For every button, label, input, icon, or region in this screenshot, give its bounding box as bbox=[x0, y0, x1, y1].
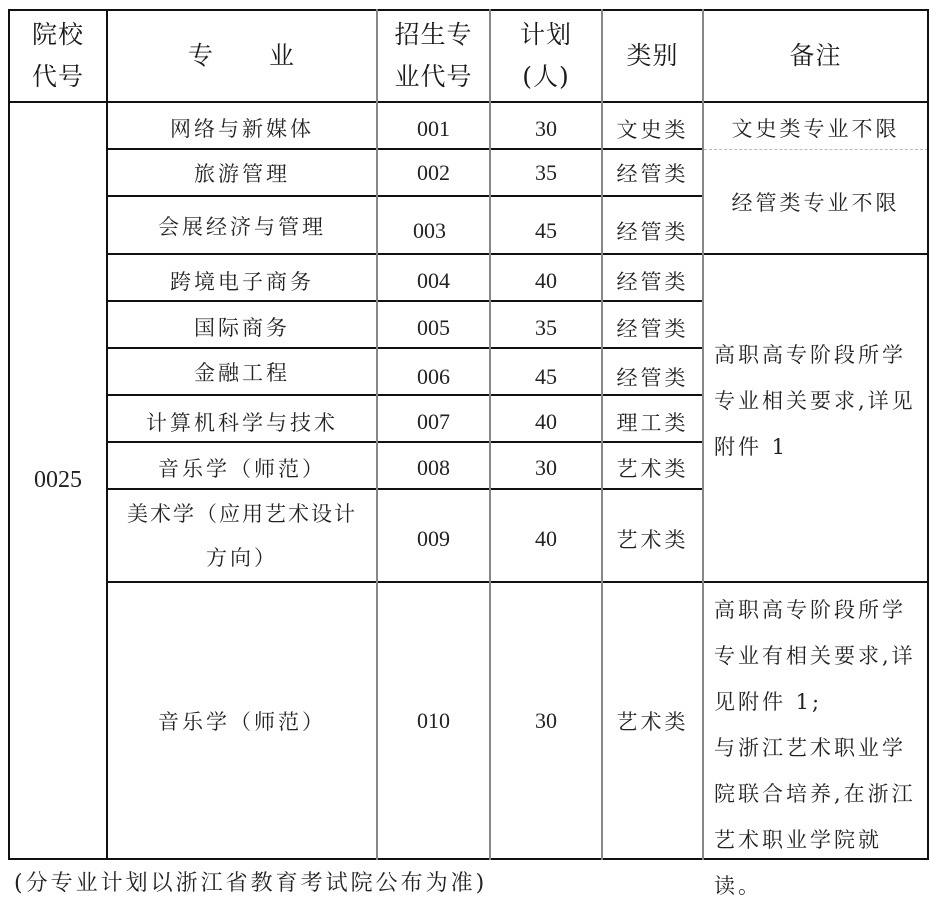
remarks-4-line2: 专业有相关要求,详 bbox=[714, 633, 926, 679]
header-major-code: 招生专 业代号 bbox=[378, 11, 489, 101]
row-6-plan: 45 bbox=[491, 349, 601, 394]
header-major-code-line2: 业代号 bbox=[394, 56, 472, 98]
footer-note: (分专业计划以浙江省教育考试院公布为准) bbox=[14, 866, 487, 897]
row-4-code: 004 bbox=[378, 255, 489, 300]
row-9-plan: 40 bbox=[491, 490, 601, 581]
row-5-code: 005 bbox=[378, 302, 489, 347]
row-7-plan: 40 bbox=[491, 396, 601, 441]
remarks-3-line3: 附件 1 bbox=[714, 424, 926, 470]
school-code-value: 0025 bbox=[34, 467, 82, 494]
row-10-major: 音乐学（师范） bbox=[108, 583, 376, 858]
header-remarks: 备注 bbox=[704, 11, 927, 101]
enrollment-plan-page: 院校 代号 专 业 招生专 业代号 计划 (人) 类别 备注 0025 网络与新… bbox=[0, 0, 942, 903]
remarks-4: 高职高专阶段所学 专业有相关要求,详 见附件 1; 与浙江艺术职业学 院联合培养… bbox=[714, 587, 926, 903]
header-major-label: 专 业 bbox=[188, 35, 296, 77]
header-category-label: 类别 bbox=[626, 35, 678, 77]
remarks-4-line1: 高职高专阶段所学 bbox=[714, 587, 926, 633]
row-6-major: 金融工程 bbox=[108, 349, 376, 394]
remarks-3-line1: 高职高专阶段所学 bbox=[714, 332, 926, 378]
row-3-category: 经管类 bbox=[603, 197, 702, 253]
row-3-code: 003 bbox=[378, 197, 489, 253]
header-remarks-label: 备注 bbox=[789, 35, 841, 77]
table-border-right bbox=[927, 9, 929, 860]
remarks-4-line3: 见附件 1; bbox=[714, 679, 926, 725]
row-4-category: 经管类 bbox=[603, 255, 702, 300]
row-2-category: 经管类 bbox=[603, 150, 702, 195]
row-4-plan: 40 bbox=[491, 255, 601, 300]
row-7-major: 计算机科学与技术 bbox=[108, 396, 376, 441]
row-1-category: 文史类 bbox=[603, 103, 702, 148]
row-8-code: 008 bbox=[378, 443, 489, 488]
row-9-category: 艺术类 bbox=[603, 490, 702, 581]
remarks-4-line6: 艺术职业学院就读。 bbox=[714, 817, 926, 903]
row-5-category: 经管类 bbox=[603, 302, 702, 347]
row-10-plan: 30 bbox=[491, 583, 601, 858]
row-6-category: 经管类 bbox=[603, 349, 702, 394]
header-major: 专 业 bbox=[108, 11, 376, 101]
row-5-plan: 35 bbox=[491, 302, 601, 347]
row-8-plan: 30 bbox=[491, 443, 601, 488]
row-10-category: 艺术类 bbox=[603, 583, 702, 858]
row-3-plan: 45 bbox=[491, 197, 601, 253]
row-7-code: 007 bbox=[378, 396, 489, 441]
header-plan: 计划 (人) bbox=[491, 11, 601, 101]
row-5-major: 国际商务 bbox=[108, 302, 376, 347]
row-1-major: 网络与新媒体 bbox=[108, 103, 376, 148]
header-plan-line2: (人) bbox=[522, 56, 570, 98]
header-category: 类别 bbox=[603, 11, 702, 101]
header-plan-line1: 计划 bbox=[520, 14, 572, 56]
row-6-code: 006 bbox=[378, 349, 489, 394]
row-1-code: 001 bbox=[378, 103, 489, 148]
row-9-major: 美术学（应用艺术设计 方向） bbox=[108, 490, 376, 581]
row-10-code: 010 bbox=[378, 583, 489, 858]
row-2-plan: 35 bbox=[491, 150, 601, 195]
row-8-category: 艺术类 bbox=[603, 443, 702, 488]
remarks-1: 文史类专业不限 bbox=[704, 103, 927, 149]
row-4-major: 跨境电子商务 bbox=[108, 255, 376, 300]
remarks-2: 经管类专业不限 bbox=[704, 151, 927, 253]
school-code-cell: 0025 bbox=[10, 103, 106, 858]
remarks-dashed-rule bbox=[704, 149, 928, 150]
row-9-major-line1: 美术学（应用艺术设计 bbox=[127, 492, 357, 536]
header-school-code-line2: 代号 bbox=[32, 56, 84, 98]
row-9-code: 009 bbox=[378, 490, 489, 581]
header-major-code-line1: 招生专 bbox=[394, 14, 472, 56]
remarks-4-line4: 与浙江艺术职业学 bbox=[714, 725, 926, 771]
row-9-major-line2: 方向） bbox=[206, 536, 278, 580]
row-7-category: 理工类 bbox=[603, 396, 702, 441]
remarks-4-line5: 院联合培养,在浙江 bbox=[714, 771, 926, 817]
header-school-code: 院校 代号 bbox=[10, 11, 106, 101]
row-2-major: 旅游管理 bbox=[108, 150, 376, 195]
row-1-plan: 30 bbox=[491, 103, 601, 148]
row-3-major: 会展经济与管理 bbox=[108, 197, 376, 253]
row-8-major: 音乐学（师范） bbox=[108, 443, 376, 488]
header-school-code-line1: 院校 bbox=[32, 14, 84, 56]
row-2-code: 002 bbox=[378, 150, 489, 195]
remarks-3: 高职高专阶段所学 专业相关要求,详见 附件 1 bbox=[714, 332, 926, 470]
remarks-3-line2: 专业相关要求,详见 bbox=[714, 378, 926, 424]
